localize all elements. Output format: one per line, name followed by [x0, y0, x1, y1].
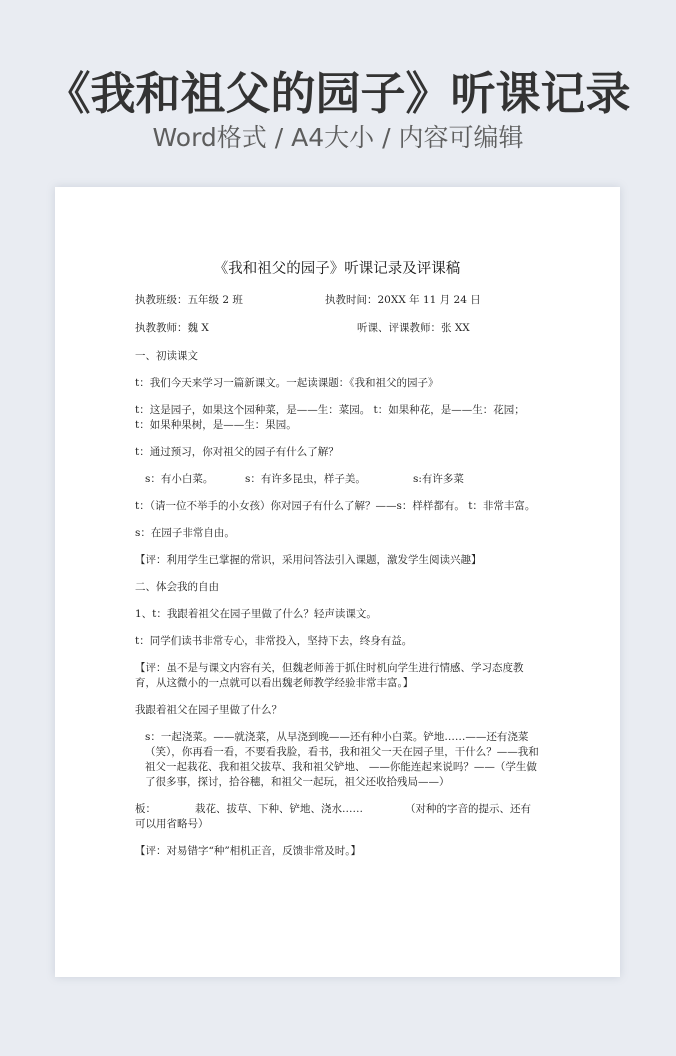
- answer: s：有小白菜。: [145, 472, 245, 487]
- reviewer-label: 听课、评课教师：张 XX: [357, 321, 470, 336]
- answer: s：有许多昆虫，样子美。: [245, 472, 413, 487]
- board-items: 栽花、拔草、下种、铲地、浇水……: [195, 802, 405, 817]
- paragraph: t：（请一位不举手的小女孩）你对园子有什么了解？——s：样样都有。 t：非常丰富…: [135, 499, 539, 514]
- time-label: 执教时间：20XX 年 11 月 24 日: [325, 293, 481, 308]
- review-comment: 【评：对易错字“种”相机正音，反馈非常及时。】: [135, 844, 539, 859]
- paragraph: 我跟着祖父在园子里做了什么？: [135, 703, 539, 718]
- teacher-label: 执教教师：魏 X: [135, 321, 357, 336]
- answer: s:有许多菜: [413, 472, 464, 487]
- board-label: 板：: [135, 802, 195, 817]
- review-comment: 【评：虽不是与课文内容有关，但魏老师善于抓住时机向学生进行情感、学习态度教育，从…: [135, 661, 539, 691]
- paragraph: t：通过预习，你对祖父的园子有什么了解？: [135, 445, 539, 460]
- class-label: 执教班级：五年级 2 班: [135, 293, 325, 308]
- paragraph: s：在园子非常自由。: [135, 526, 539, 541]
- document-page: 《我和祖父的园子》听课记录及评课稿 执教班级：五年级 2 班 执教时间：20XX…: [55, 187, 620, 977]
- blackboard-notes: 板：栽花、拔草、下种、铲地、浇水……（对种的字音的提示、还有可以用省略号）: [135, 802, 539, 832]
- section-heading-1: 一、初读课文: [135, 349, 539, 364]
- paragraph: t：同学们读书非常专心，非常投入，坚持下去，终身有益。: [135, 634, 539, 649]
- paragraph: s：一起浇菜。——就浇菜，从早浇到晚——还有种小白菜。铲地……——还有浇菜（笑）…: [135, 730, 539, 790]
- paragraph: t：这是园子，如果这个园种菜，是——生：菜园。 t：如果种花，是——生：花园；t…: [135, 403, 539, 433]
- document-title: 《我和祖父的园子》听课记录及评课稿: [135, 259, 539, 279]
- document-body: 《我和祖父的园子》听课记录及评课稿 执教班级：五年级 2 班 执教时间：20XX…: [135, 259, 539, 871]
- banner-title: 《我和祖父的园子》听课记录: [0, 66, 676, 122]
- student-answers: s：有小白菜。s：有许多昆虫，样子美。s:有许多菜: [135, 472, 539, 487]
- meta-row-class-time: 执教班级：五年级 2 班 执教时间：20XX 年 11 月 24 日: [135, 293, 539, 308]
- meta-row-teachers: 执教教师：魏 X 听课、评课教师：张 XX: [135, 321, 539, 336]
- paragraph: t：我们今天来学习一篇新课文。一起读课题：《我和祖父的园子》: [135, 376, 539, 391]
- banner-subtitle: Word格式 / A4大小 / 内容可编辑: [0, 122, 676, 154]
- paragraph: 1、t：我跟着祖父在园子里做了什么？轻声读课文。: [135, 607, 539, 622]
- section-heading-2: 二、体会我的自由: [135, 580, 539, 595]
- review-comment: 【评：利用学生已掌握的常识，采用问答法引入课题，激发学生阅读兴趣】: [135, 553, 539, 568]
